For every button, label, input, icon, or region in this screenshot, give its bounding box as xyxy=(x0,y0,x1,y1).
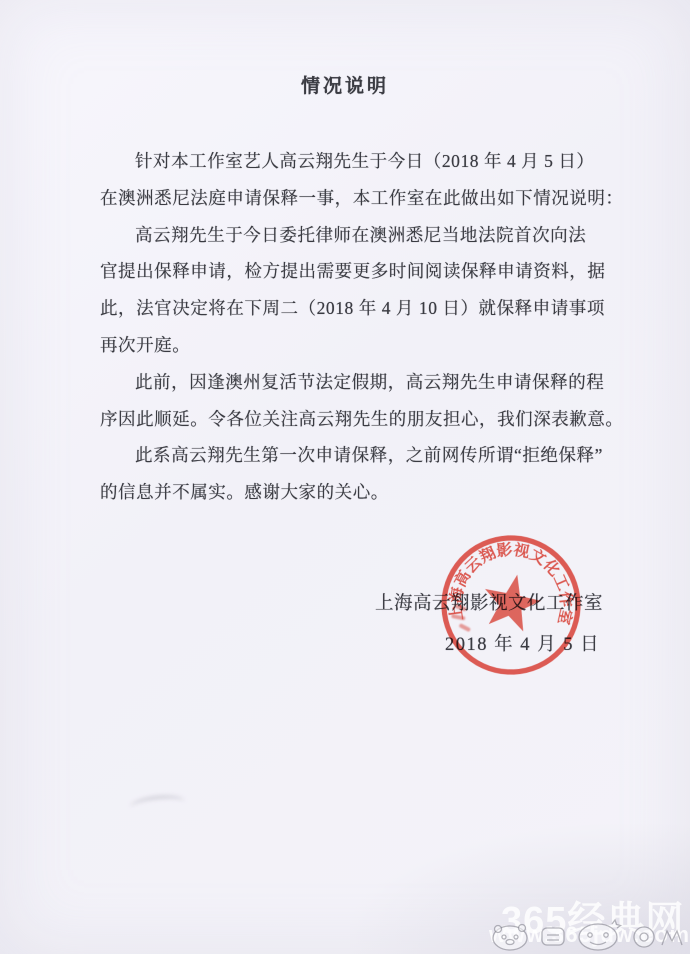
document-line: 此前，因逢澳州复活节法定假期，高云翔先生申请保释的程 xyxy=(100,364,600,401)
scanned-document-page: 情况说明 针对本工作室艺人高云翔先生于今日（2018 年 4 月 5 日） 在澳… xyxy=(0,0,690,954)
document-line: 再次开庭。 xyxy=(100,327,600,364)
document-body: 针对本工作室艺人高云翔先生于今日（2018 年 4 月 5 日） 在澳洲悉尼法庭… xyxy=(100,143,600,511)
document-line: 序因此顺延。令各位关注高云翔先生的朋友担心，我们深表歉意。 xyxy=(100,401,600,438)
document-title: 情况说明 xyxy=(0,71,690,98)
document-line: 官提出保释申请，检方提出需要更多时间阅读保释申请资料，据 xyxy=(100,253,600,290)
document-line: 高云翔先生于今日委托律师在澳洲悉尼当地法院首次向法 xyxy=(100,217,600,254)
pencil-smudge xyxy=(129,793,185,816)
document-line: 的信息并不属实。感谢大家的关心。 xyxy=(100,474,600,511)
document-line: 此系高云翔先生第一次申请保释，之前网传所谓“拒绝保释” xyxy=(100,437,600,474)
document-line: 在澳洲悉尼法庭申请保释一事，本工作室在此做出如下情况说明： xyxy=(100,180,600,217)
sketch-emoji-doodles xyxy=(486,918,690,954)
official-seal-stamp: 上海高云翔影视文化工作室 xyxy=(430,524,592,686)
star-icon xyxy=(478,569,545,634)
document-line: 针对本工作室艺人高云翔先生于今日（2018 年 4 月 5 日） xyxy=(100,143,600,180)
document-line: 此，法官决定将在下周二（2018 年 4 月 10 日）就保释申请事项 xyxy=(100,290,600,327)
